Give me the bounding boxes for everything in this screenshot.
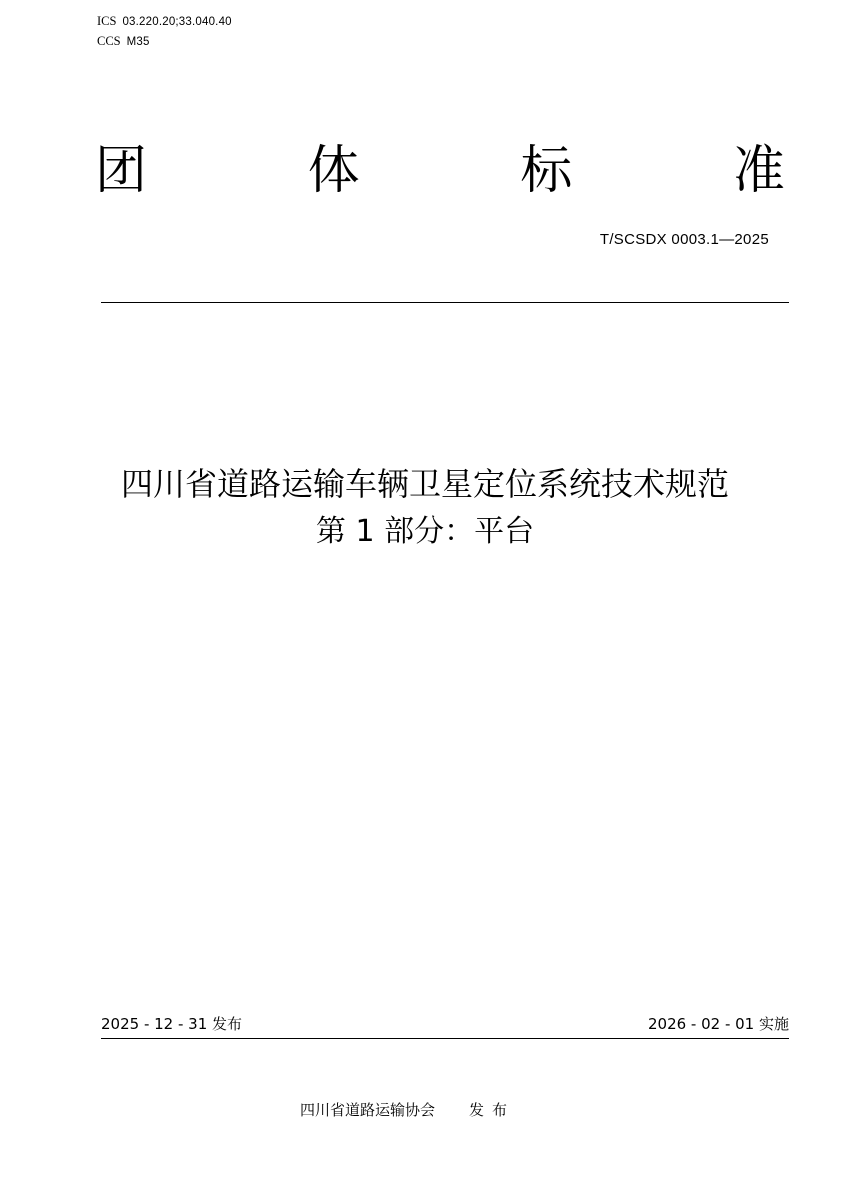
standard-number: T/SCSDX 0003.1—2025	[600, 231, 769, 249]
ics-classification: ICS03.220.20;33.040.40	[97, 14, 232, 29]
publisher-action: 发布	[469, 1101, 515, 1119]
ccs-label: CCS	[97, 34, 121, 48]
document-type-heading: 团 体 标 准	[95, 138, 785, 204]
top-divider	[101, 302, 789, 303]
doc-type-char-1: 团	[95, 141, 147, 201]
ics-label: ICS	[97, 14, 116, 28]
document-title: 四川省道路运输车辆卫星定位系统技术规范	[0, 464, 850, 504]
publisher-line: 四川省道路运输协会发布	[300, 1100, 515, 1120]
ics-value: 03.220.20;33.040.40	[122, 16, 231, 28]
doc-type-char-2: 体	[308, 141, 360, 201]
implement-date: 2026 - 02 - 01 实施	[648, 1014, 789, 1034]
bottom-divider	[101, 1038, 789, 1039]
publisher-organization: 四川省道路运输协会	[300, 1101, 435, 1119]
ccs-classification: CCSM35	[97, 34, 150, 49]
publish-date: 2025 - 12 - 31 发布	[101, 1014, 242, 1034]
ccs-value: M35	[127, 36, 150, 48]
doc-type-char-4: 准	[733, 141, 785, 201]
document-part-title: 第 1 部分：平台	[0, 512, 850, 552]
doc-type-char-3: 标	[520, 141, 572, 201]
